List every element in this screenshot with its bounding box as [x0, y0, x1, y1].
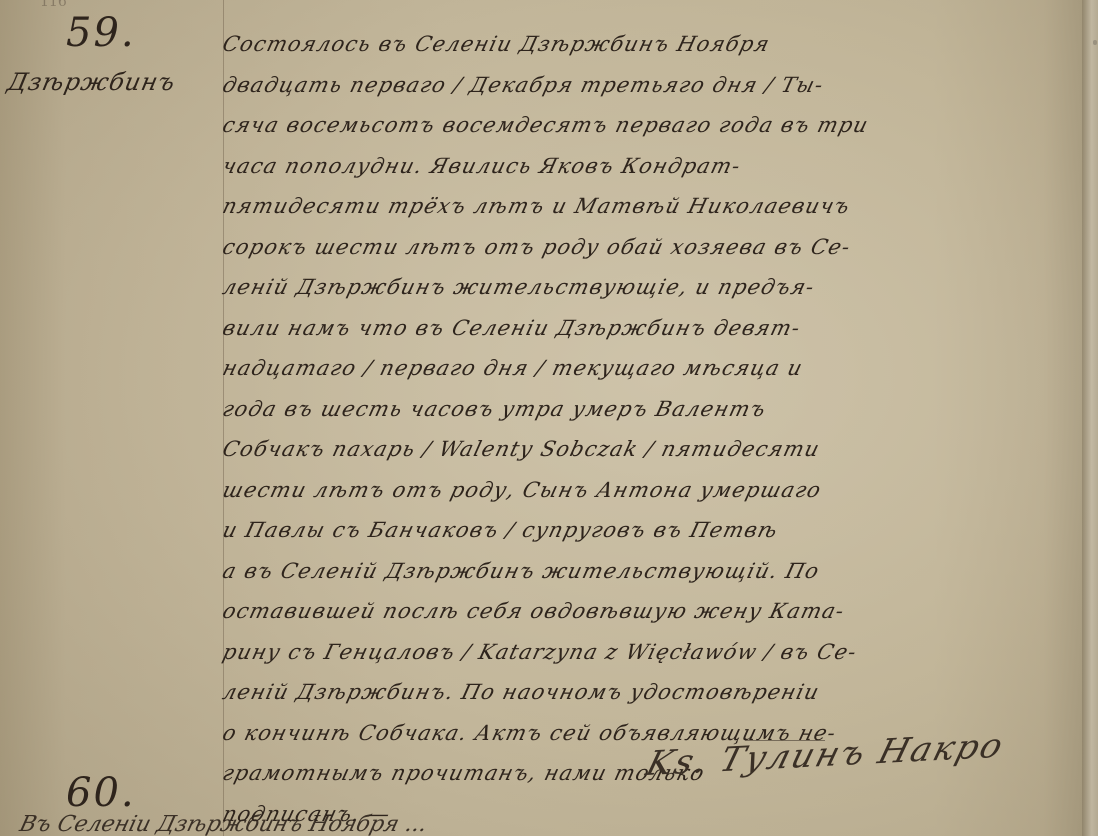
document-page: 116 59. Дзѣржбинъ Состоялось въ Селеніи …	[0, 0, 1098, 836]
text-line: Состоялось въ Селеніи Дзѣржбинъ Ноября	[218, 24, 1098, 65]
entry-number-60: 60.	[66, 770, 136, 816]
text-line: леній Дзѣржбинъ. По наочномъ удостовѣрен…	[218, 672, 1098, 713]
text-line: и Павлы съ Банчаковъ / супруговъ въ Петв…	[218, 510, 1098, 551]
text-line: года въ шесть часовъ утра умеръ Валентъ	[218, 389, 1098, 430]
text-line: пятидесяти трёхъ лѣтъ и Матвѣй Николаеви…	[218, 186, 1098, 227]
entry-number-59: 59.	[66, 10, 136, 56]
text-line: оставившей послѣ себя овдовѣвшую жену Ка…	[218, 591, 1098, 632]
margin-village-label: Дзѣржбинъ	[5, 68, 178, 96]
text-line: Собчакъ пахарь / Walenty Sobczak / пятид…	[218, 429, 1098, 470]
page-gutter-fold	[1082, 0, 1098, 836]
text-line: леній Дзѣржбинъ жительствующіе, и предъя…	[218, 267, 1098, 308]
text-line: шести лѣтъ отъ роду, Сынъ Антона умершаг…	[218, 470, 1098, 511]
text-line: рину съ Генцаловъ / Katarzyna z Więcławó…	[218, 632, 1098, 673]
text-line: сорокъ шести лѣтъ отъ роду обай хозяева …	[218, 227, 1098, 268]
faint-page-mark: 116	[40, 0, 67, 10]
text-line: надцатаго / перваго дня / текущаго мѣсяц…	[218, 348, 1098, 389]
text-line: а въ Селеній Дзѣржбинъ жительствующій. П…	[218, 551, 1098, 592]
text-line: сяча восемьсотъ восемдесятъ перваго года…	[218, 105, 1098, 146]
entry-60-first-line: Въ Селеніи Дзѣржбинъ Ноября ...	[17, 812, 1093, 836]
text-line: вили намъ что въ Селеніи Дзѣржбинъ девят…	[218, 308, 1098, 349]
entry-59-text: Состоялось въ Селеніи Дзѣржбинъ Ноября д…	[218, 24, 1088, 834]
text-line: часа пополудни. Явились Яковъ Кондрат-	[218, 146, 1098, 187]
text-line: двадцать перваго / Декабря третьяго дня …	[218, 65, 1098, 106]
